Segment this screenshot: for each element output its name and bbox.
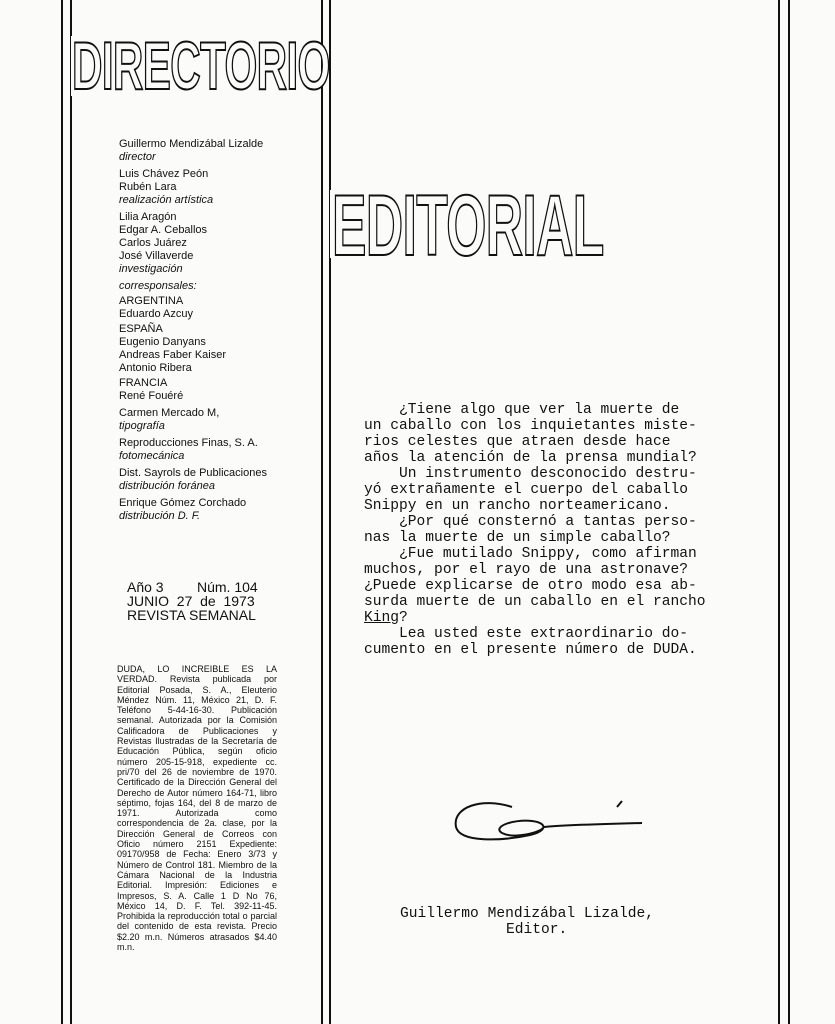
staff-group: corresponsales: xyxy=(119,280,319,293)
editorial-line: muchos, por el rayo de una astronave? xyxy=(364,562,744,578)
staff-name: Eugenio Danyans xyxy=(119,336,319,349)
frame-line-right-inner xyxy=(778,0,780,1024)
staff-group: Reproducciones Finas, S. A.fotomecánica xyxy=(119,437,319,463)
staff-group: Luis Chávez PeónRubén Lararealización ar… xyxy=(119,168,319,207)
staff-role: corresponsales: xyxy=(119,280,319,293)
frame-line-center-left xyxy=(321,0,323,1024)
staff-group: FRANCIARené Fouéré xyxy=(119,377,319,403)
editorial-line: nas la muerte de un simple caballo? xyxy=(364,530,744,546)
directorio-title: DIRECTORIO xyxy=(72,32,330,100)
editorial-line: ¿Puede explicarse de otro modo esa ab- xyxy=(364,578,744,594)
legal-notice: DUDA, LO INCREIBLE ES LA VERDAD. Revista… xyxy=(117,664,277,952)
staff-group: Lilia AragónEdgar A. CeballosCarlos Juár… xyxy=(119,211,319,276)
staff-name: Reproducciones Finas, S. A. xyxy=(119,437,319,450)
staff-group: Carmen Mercado M,tipografía xyxy=(119,407,319,433)
frame-line-center-right xyxy=(329,0,331,1024)
staff-name: Luis Chávez Peón xyxy=(119,168,319,181)
editorial-line: King? xyxy=(364,610,744,626)
staff-name: Guillermo Mendizábal Lizalde xyxy=(119,138,319,151)
signature-title: Editor. xyxy=(400,922,567,938)
editorial-line: Lea usted este extraordinario do- xyxy=(364,626,744,642)
staff-name: René Fouéré xyxy=(119,390,319,403)
signature-block: Guillermo Mendizábal Lizalde, Editor. xyxy=(400,906,654,938)
staff-group: Guillermo Mendizábal Lizaldedirector xyxy=(119,138,319,164)
staff-role: distribución D. F. xyxy=(119,510,319,523)
staff-group: ESPAÑAEugenio DanyansAndreas Faber Kaise… xyxy=(119,323,319,375)
editorial-line: ¿Fue mutilado Snippy, como afirman xyxy=(364,546,744,562)
issue-year: Año 3 xyxy=(127,580,197,594)
staff-name: Edgar A. Ceballos xyxy=(119,224,319,237)
issue-info: Año 3 Núm. 104 JUNIO 27 de 1973 REVISTA … xyxy=(127,580,317,622)
issue-number: Núm. 104 xyxy=(197,580,258,594)
frame-line-left-outer xyxy=(61,0,63,1024)
signature-icon xyxy=(452,795,652,855)
staff-name: Antonio Ribera xyxy=(119,362,319,375)
editorial-line: cumento en el presente número de DUDA. xyxy=(364,642,744,658)
staff-name: Carmen Mercado M, xyxy=(119,407,319,420)
staff-name: ESPAÑA xyxy=(119,323,319,336)
editorial-line: Snippy en un rancho norteamericano. xyxy=(364,498,744,514)
staff-name: José Villaverde xyxy=(119,250,319,263)
editorial-line: años la atención de la prensa mundial? xyxy=(364,450,744,466)
staff-role: investigación xyxy=(119,263,319,276)
editorial-line: yó extrañamente el cuerpo del caballo xyxy=(364,482,744,498)
staff-directory: Guillermo Mendizábal LizaldedirectorLuis… xyxy=(119,138,319,527)
editorial-body: ¿Tiene algo que ver la muerte deun cabal… xyxy=(364,402,744,658)
editorial-title: EDITORIAL xyxy=(332,183,604,269)
editorial-line: Un instrumento desconocido destru- xyxy=(364,466,744,482)
editorial-line: ¿Por qué consternó a tantas perso- xyxy=(364,514,744,530)
frame-line-left-inner xyxy=(70,0,72,1024)
frame-line-right-outer xyxy=(788,0,790,1024)
staff-group: Dist. Sayrols de Publicacionesdistribuci… xyxy=(119,467,319,493)
staff-group: Enrique Gómez Corchadodistribución D. F. xyxy=(119,497,319,523)
staff-role: distribución foránea xyxy=(119,480,319,493)
underlined-word: King xyxy=(364,610,399,626)
editorial-line: ¿Tiene algo que ver la muerte de xyxy=(364,402,744,418)
staff-name: Carlos Juárez xyxy=(119,237,319,250)
issue-frequency: REVISTA SEMANAL xyxy=(127,608,317,622)
staff-name: ARGENTINA xyxy=(119,295,319,308)
staff-name: Rubén Lara xyxy=(119,181,319,194)
staff-role: fotomecánica xyxy=(119,450,319,463)
staff-name: Dist. Sayrols de Publicaciones xyxy=(119,467,319,480)
staff-role: director xyxy=(119,151,319,164)
staff-role: tipografía xyxy=(119,420,319,433)
signature-name: Guillermo Mendizábal Lizalde, xyxy=(400,906,654,922)
staff-group: ARGENTINAEduardo Azcuy xyxy=(119,295,319,321)
editorial-line: un caballo con los inquietantes miste- xyxy=(364,418,744,434)
staff-role: realización artística xyxy=(119,194,319,207)
staff-name: Eduardo Azcuy xyxy=(119,308,319,321)
editorial-line: surda muerte de un caballo en el rancho xyxy=(364,594,744,610)
issue-date: JUNIO 27 de 1973 xyxy=(127,594,317,608)
staff-name: Enrique Gómez Corchado xyxy=(119,497,319,510)
staff-name: FRANCIA xyxy=(119,377,319,390)
editorial-line: rios celestes que atraen desde hace xyxy=(364,434,744,450)
staff-name: Lilia Aragón xyxy=(119,211,319,224)
staff-name: Andreas Faber Kaiser xyxy=(119,349,319,362)
